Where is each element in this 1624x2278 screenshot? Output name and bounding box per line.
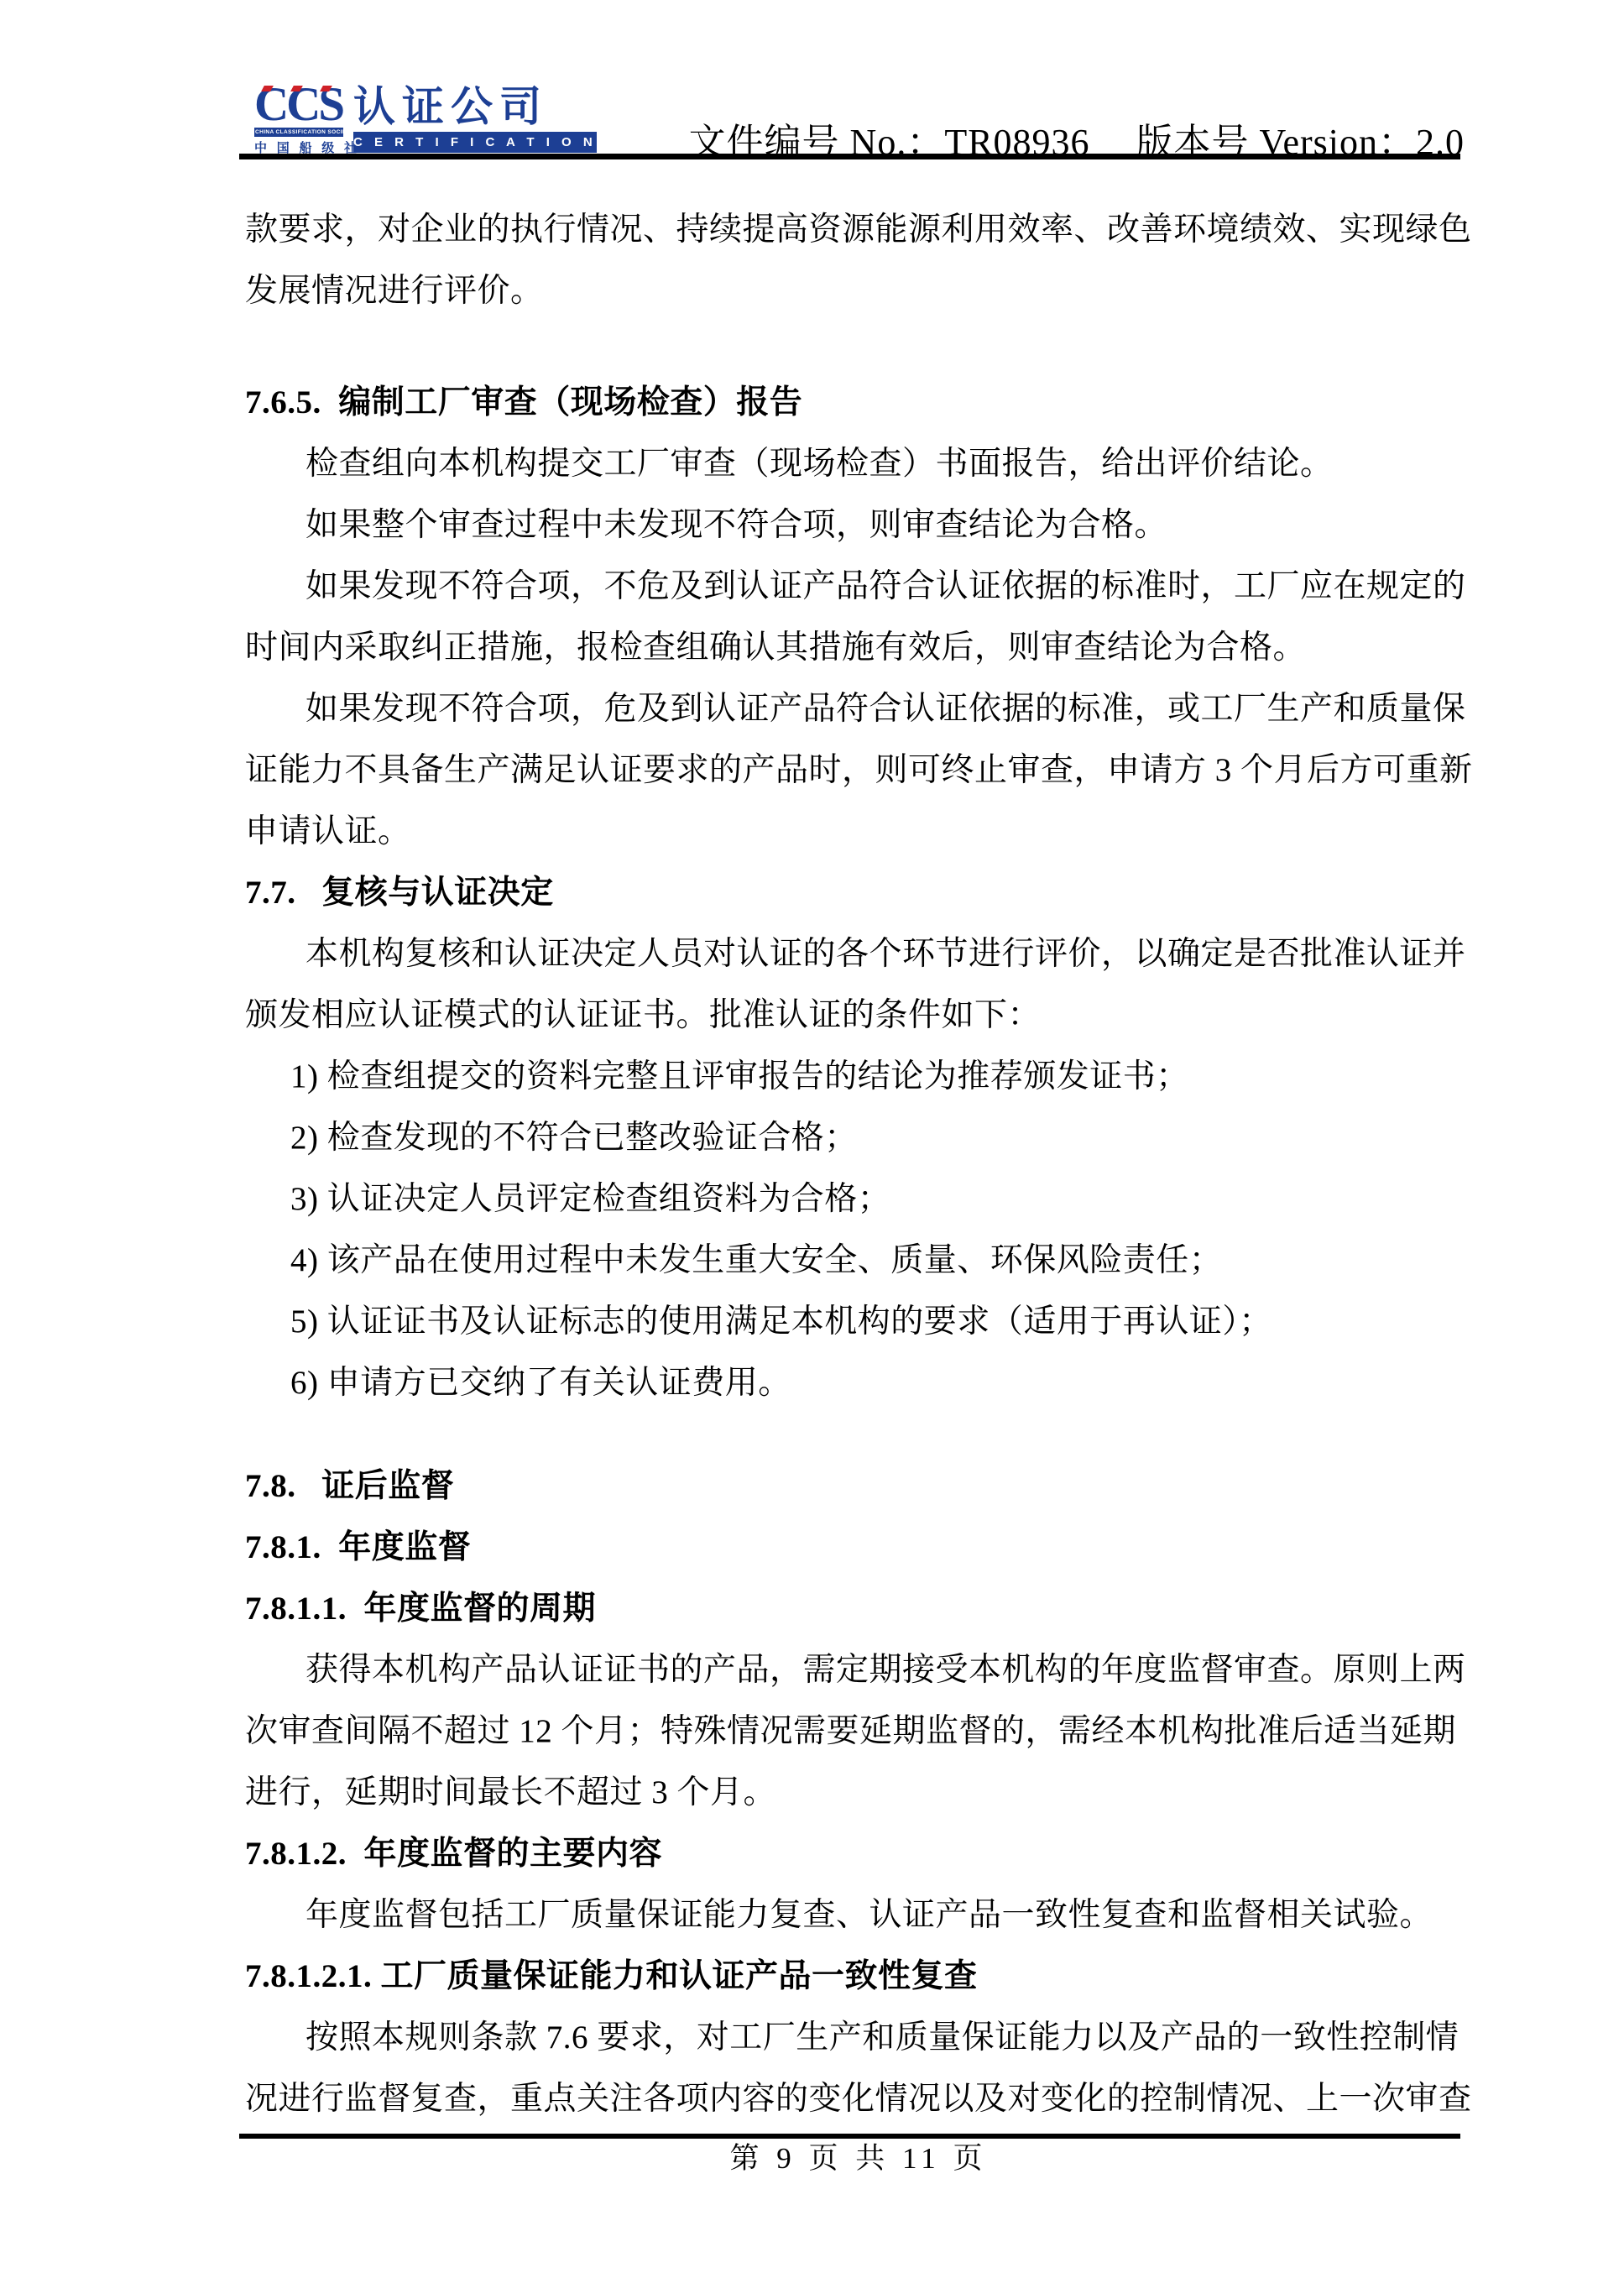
body-line: 检查组向本机构提交工厂审查（现场检查）书面报告，给出评价结论。 — [245, 433, 1472, 494]
body-line: 如果整个审查过程中未发现不符合项，则审查结论为合格。 — [245, 494, 1472, 556]
ccs-logo-right: 认证公司 C E R T I F I C A T I O N — [353, 85, 597, 153]
header-rule — [239, 154, 1460, 159]
body-line: 证能力不具备生产满足认证要求的产品时，则可终止审查，申请方 3 个月后方可重新 — [245, 739, 1472, 801]
list-item-2: 2) 检查发现的不符合已整改验证合格； — [245, 1107, 1472, 1168]
body-line: 况进行监督复查，重点关注各项内容的变化情况以及对变化的控制情况、上一次审查 — [245, 2068, 1472, 2129]
section-heading-7-6-5: 7.6.5. 编制工厂审查（现场检查）报告 — [245, 372, 1472, 433]
body-line: 款要求，对企业的执行情况、持续提高资源能源利用效率、改善环境绩效、实现绿色 — [245, 199, 1472, 260]
section-heading-7-8: 7.8. 证后监督 — [245, 1455, 1472, 1517]
page-number: 第 9 页 共 11 页 — [245, 2139, 1472, 2179]
body-line: 如果发现不符合项，危及到认证产品符合认证依据的标准，或工厂生产和质量保 — [245, 678, 1472, 739]
body-line: 申请认证。 — [245, 801, 1472, 862]
section-heading-7-7: 7.7. 复核与认证决定 — [245, 862, 1472, 923]
section-heading-7-8-1-2: 7.8.1.2. 年度监督的主要内容 — [245, 1823, 1472, 1884]
certification-company-chinese: 认证公司 — [353, 85, 597, 128]
document-page: CCS CHINA CLASSIFICATION SOCIETY 中 国 船 级… — [0, 0, 1624, 2278]
section-heading-7-8-1-2-1: 7.8.1.2.1. 工厂质量保证能力和认证产品一致性复查 — [245, 1946, 1472, 2007]
list-item-4: 4) 该产品在使用过程中未发生重大安全、质量、环保风险责任； — [245, 1230, 1472, 1291]
body-line: 按照本规则条款 7.6 要求，对工厂生产和质量保证能力以及产品的一致性控制情 — [245, 2007, 1472, 2068]
section-heading-7-8-1-1: 7.8.1.1. 年度监督的周期 — [245, 1578, 1472, 1639]
body-line: 本机构复核和认证决定人员对认证的各个环节进行评价，以确定是否批准认证并 — [245, 923, 1472, 985]
body-line: 如果发现不符合项，不危及到认证产品符合认证依据的标准时，工厂应在规定的 — [245, 556, 1472, 617]
body-line: 获得本机构产品认证证书的产品，需定期接受本机构的年度监督审查。原则上两 — [245, 1639, 1472, 1701]
body-line: 颁发相应认证模式的认证证书。批准认证的条件如下： — [245, 985, 1472, 1046]
body-line: 进行，延期时间最长不超过 3 个月。 — [245, 1762, 1472, 1823]
section-heading-7-8-1: 7.8.1. 年度监督 — [245, 1517, 1472, 1578]
ccs-letters: CCS — [254, 85, 343, 125]
list-item-5: 5) 认证证书及认证标志的使用满足本机构的要求（适用于再认证）； — [245, 1291, 1472, 1352]
ccs-logo-left: CCS CHINA CLASSIFICATION SOCIETY 中 国 船 级… — [254, 85, 343, 156]
list-item-3: 3) 认证决定人员评定检查组资料为合格； — [245, 1168, 1472, 1230]
body-line: 时间内采取纠正措施，报检查组确认其措施有效后，则审查结论为合格。 — [245, 617, 1472, 678]
list-item-1: 1) 检查组提交的资料完整且评审报告的结论为推荐颁发证书； — [245, 1046, 1472, 1107]
certification-bar: C E R T I F I C A T I O N — [353, 132, 597, 153]
document-body: 款要求，对企业的执行情况、持续提高资源能源利用效率、改善环境绩效、实现绿色 发展… — [245, 199, 1472, 2129]
ccs-logo: CCS CHINA CLASSIFICATION SOCIETY 中 国 船 级… — [254, 85, 597, 156]
body-line: 次审查间隔不超过 12 个月；特殊情况需要延期监督的，需经本机构批准后适当延期 — [245, 1701, 1472, 1762]
list-item-6: 6) 申请方已交纳了有关认证费用。 — [245, 1352, 1472, 1413]
body-line: 年度监督包括工厂质量保证能力复查、认证产品一致性复查和监督相关试验。 — [245, 1884, 1472, 1946]
body-line: 发展情况进行评价。 — [245, 260, 1472, 321]
